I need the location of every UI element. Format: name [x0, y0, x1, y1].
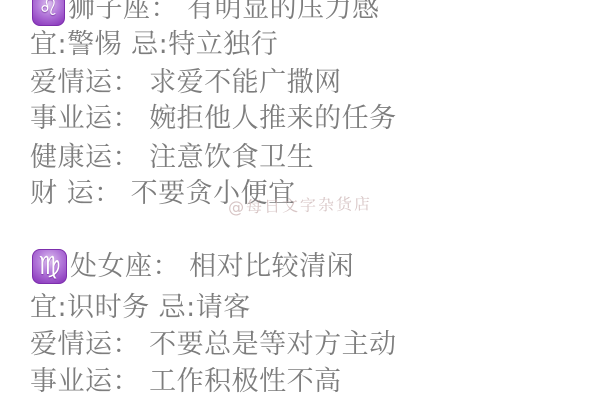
leo-love-line: 爱情运： 求爱不能广撒网: [30, 66, 342, 100]
virgo-title: 处女座： 相对比较清闲: [70, 250, 354, 284]
leo-symbol-glyph: ♌: [38, 0, 59, 20]
virgo-zodiac-icon: ♍: [32, 249, 67, 284]
leo-career-line: 事业运： 婉拒他人推来的任务: [30, 102, 397, 136]
horoscope-text-image: ♌ 狮子座： 有明显的压力感 宜:警惕 忌:特立独行 爱情运： 求爱不能广撒网 …: [0, 0, 600, 400]
virgo-symbol-glyph: ♍: [38, 253, 60, 278]
virgo-yi-ji-line: 宜:识时务 忌:请客: [30, 291, 251, 325]
leo-yi-ji-line: 宜:警惕 忌:特立独行: [30, 28, 278, 62]
leo-zodiac-icon: ♌: [32, 0, 65, 26]
virgo-love-line: 爱情运： 不要总是等对方主动: [30, 328, 397, 362]
leo-header-row: ♌ 狮子座： 有明显的压力感: [32, 0, 380, 26]
leo-health-line: 健康运： 注意饮食卫生: [30, 141, 314, 175]
virgo-header-row: ♍ 处女座： 相对比较清闲: [32, 249, 354, 284]
virgo-career-line: 事业运： 工作积极性不高: [30, 365, 342, 399]
watermark: @每日文字杂货店: [228, 191, 373, 218]
leo-title: 狮子座： 有明显的压力感: [68, 0, 380, 26]
